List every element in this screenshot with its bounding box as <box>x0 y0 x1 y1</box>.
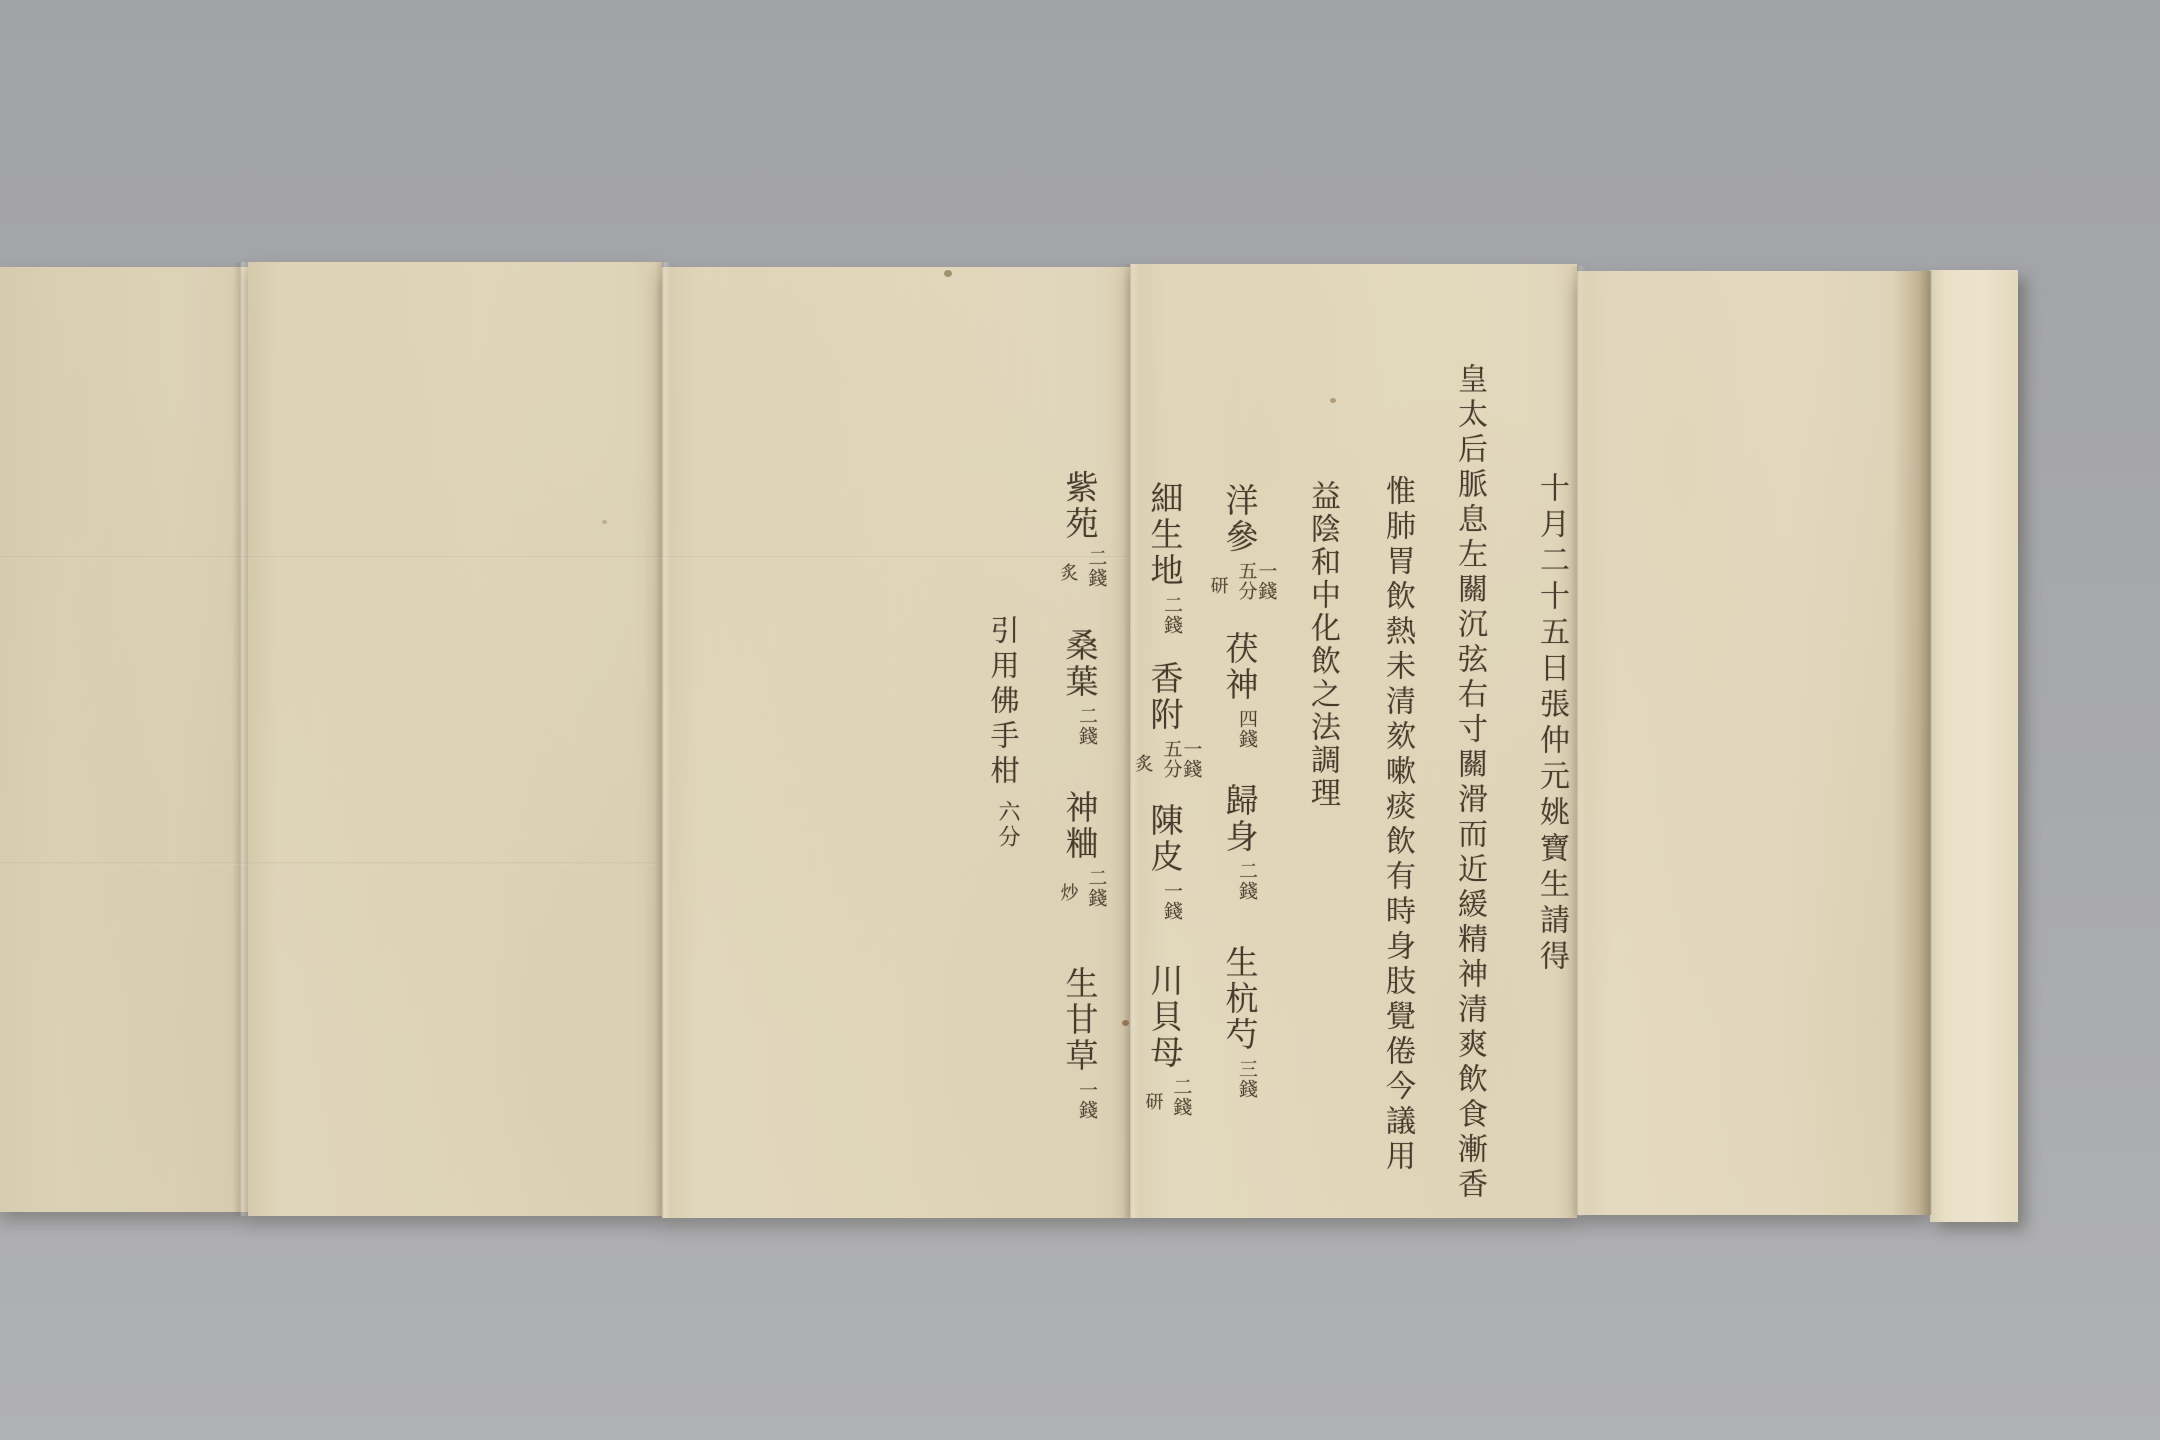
herb-name: 生甘草 <box>1064 966 1097 1074</box>
herb-annotation: 二錢 <box>1230 861 1250 901</box>
herb-annotation: 炒 二錢 <box>1061 868 1100 908</box>
fold-crease <box>1570 266 1586 1216</box>
paper-speck <box>944 270 952 277</box>
horizontal-crease <box>0 862 660 865</box>
herb-dose: 四錢 <box>1236 709 1256 749</box>
herb-dose: 一錢 <box>1161 881 1181 921</box>
herb-preparation-note: 炙 <box>1058 563 1077 603</box>
herb-entry: 細生地 二錢 <box>1149 481 1182 635</box>
herb-dose: 二錢 <box>1076 706 1096 746</box>
folded-end-flap <box>1930 270 2018 1222</box>
herb-dose: 二錢 <box>1170 1077 1190 1117</box>
herb-name: 生杭芍 <box>1224 945 1257 1053</box>
herb-name: 洋參 <box>1224 483 1257 555</box>
herb-entry: 洋參 研 一錢 五分 <box>1211 483 1270 601</box>
herb-dose: 一錢 <box>1076 1080 1096 1120</box>
herb-preparation-note: 研 <box>1208 576 1227 616</box>
herb-preparation-note: 炙 <box>1133 754 1152 794</box>
herb-column-3: 紫苑 炙 二錢 桑葉 二錢 神粬 炒 二錢 生甘草 一錢 <box>1055 470 1105 1120</box>
paper-panel-5 <box>1577 271 1930 1215</box>
paper-speck <box>1122 1020 1129 1026</box>
horizontal-crease <box>0 556 1128 559</box>
paper-speck <box>602 520 607 524</box>
herb-dose: 二錢 <box>1085 548 1105 588</box>
herb-entry: 紫苑 炙 二錢 <box>1061 470 1100 588</box>
herb-annotation: 四錢 <box>1230 709 1250 749</box>
paper-panel-1 <box>0 267 248 1212</box>
herb-entry: 川貝母 研 二錢 <box>1146 963 1185 1117</box>
adjuvant-dose: 六分 <box>996 800 1018 850</box>
herb-column-2: 細生地 二錢 香附 炙 一錢 五分 陳皮 一錢 川貝母 研 二錢 <box>1140 481 1190 1117</box>
herb-name: 歸身 <box>1224 783 1257 855</box>
herb-dose: 一錢 五分 <box>1236 561 1276 601</box>
herb-annotation: 研 二錢 <box>1146 1077 1185 1117</box>
fold-crease <box>233 262 249 1216</box>
herb-dose: 二錢 <box>1236 861 1256 901</box>
herb-name: 茯神 <box>1224 631 1257 703</box>
herb-entry: 神粬 炒 二錢 <box>1061 790 1100 908</box>
fold-crease <box>655 262 671 1218</box>
herb-entry: 茯神 四錢 <box>1224 631 1257 749</box>
herb-annotation: 一錢 <box>1070 1080 1090 1120</box>
herb-name: 紫苑 <box>1063 470 1096 542</box>
herb-annotation: 炙 二錢 <box>1061 548 1100 588</box>
herb-entry: 桑葉 二錢 <box>1064 628 1097 746</box>
herb-annotation: 炙 一錢 五分 <box>1136 739 1195 779</box>
herb-annotation: 研 一錢 五分 <box>1211 561 1270 601</box>
herb-name: 神粬 <box>1063 790 1096 862</box>
herb-name: 川貝母 <box>1148 963 1181 1071</box>
herb-entry: 陳皮 一錢 <box>1149 803 1182 921</box>
herb-entry: 生甘草 一錢 <box>1064 966 1097 1120</box>
herb-annotation: 一錢 <box>1155 881 1175 921</box>
herb-name: 香附 <box>1149 661 1182 733</box>
herb-annotation: 二錢 <box>1070 706 1090 746</box>
column-adjuvant: 引用佛手柑 六分 <box>981 615 1025 850</box>
paper-speck <box>1330 398 1336 403</box>
paper-panel-2 <box>248 262 662 1216</box>
column-treatment-method: 益陰和中化飲之法調理 <box>1307 480 1337 810</box>
herb-column-1: 洋參 研 一錢 五分 茯神 四錢 歸身 二錢 生杭芍 三錢 <box>1215 483 1265 1099</box>
herb-preparation-note: 研 <box>1143 1092 1162 1132</box>
herb-dose: 二錢 <box>1085 868 1105 908</box>
herb-name: 桑葉 <box>1064 628 1097 700</box>
column-pulse-diagnosis-2: 惟肺胃飲熱未清欬嗽痰飲有時身肢覺倦今議用 <box>1382 475 1412 1175</box>
herb-annotation: 三錢 <box>1230 1059 1250 1099</box>
herb-dose: 三錢 <box>1236 1059 1256 1099</box>
herb-dose: 二錢 <box>1161 595 1181 635</box>
herb-entry: 香附 炙 一錢 五分 <box>1136 661 1195 779</box>
herb-preparation-note: 炒 <box>1058 883 1077 923</box>
herb-entry: 生杭芍 三錢 <box>1224 945 1257 1099</box>
herb-name: 陳皮 <box>1149 803 1182 875</box>
photo-of-folded-manuscript: 十月二十五日張仲元姚寶生請得 皇太后脈息左關沉弦右寸關滑而近緩精神清爽飲食漸香 … <box>0 0 2160 1440</box>
herb-entry: 歸身 二錢 <box>1224 783 1257 901</box>
adjuvant-text: 引用佛手柑 <box>989 615 1018 790</box>
herb-name: 細生地 <box>1149 481 1182 589</box>
column-date-and-physicians: 十月二十五日張仲元姚寶生請得 <box>1536 472 1566 976</box>
flap-edge-shadow <box>1892 271 1932 1215</box>
herb-annotation: 二錢 <box>1155 595 1175 635</box>
herb-dose: 一錢 五分 <box>1161 739 1201 779</box>
column-pulse-diagnosis-1: 皇太后脈息左關沉弦右寸關滑而近緩精神清爽飲食漸香 <box>1454 363 1484 1203</box>
